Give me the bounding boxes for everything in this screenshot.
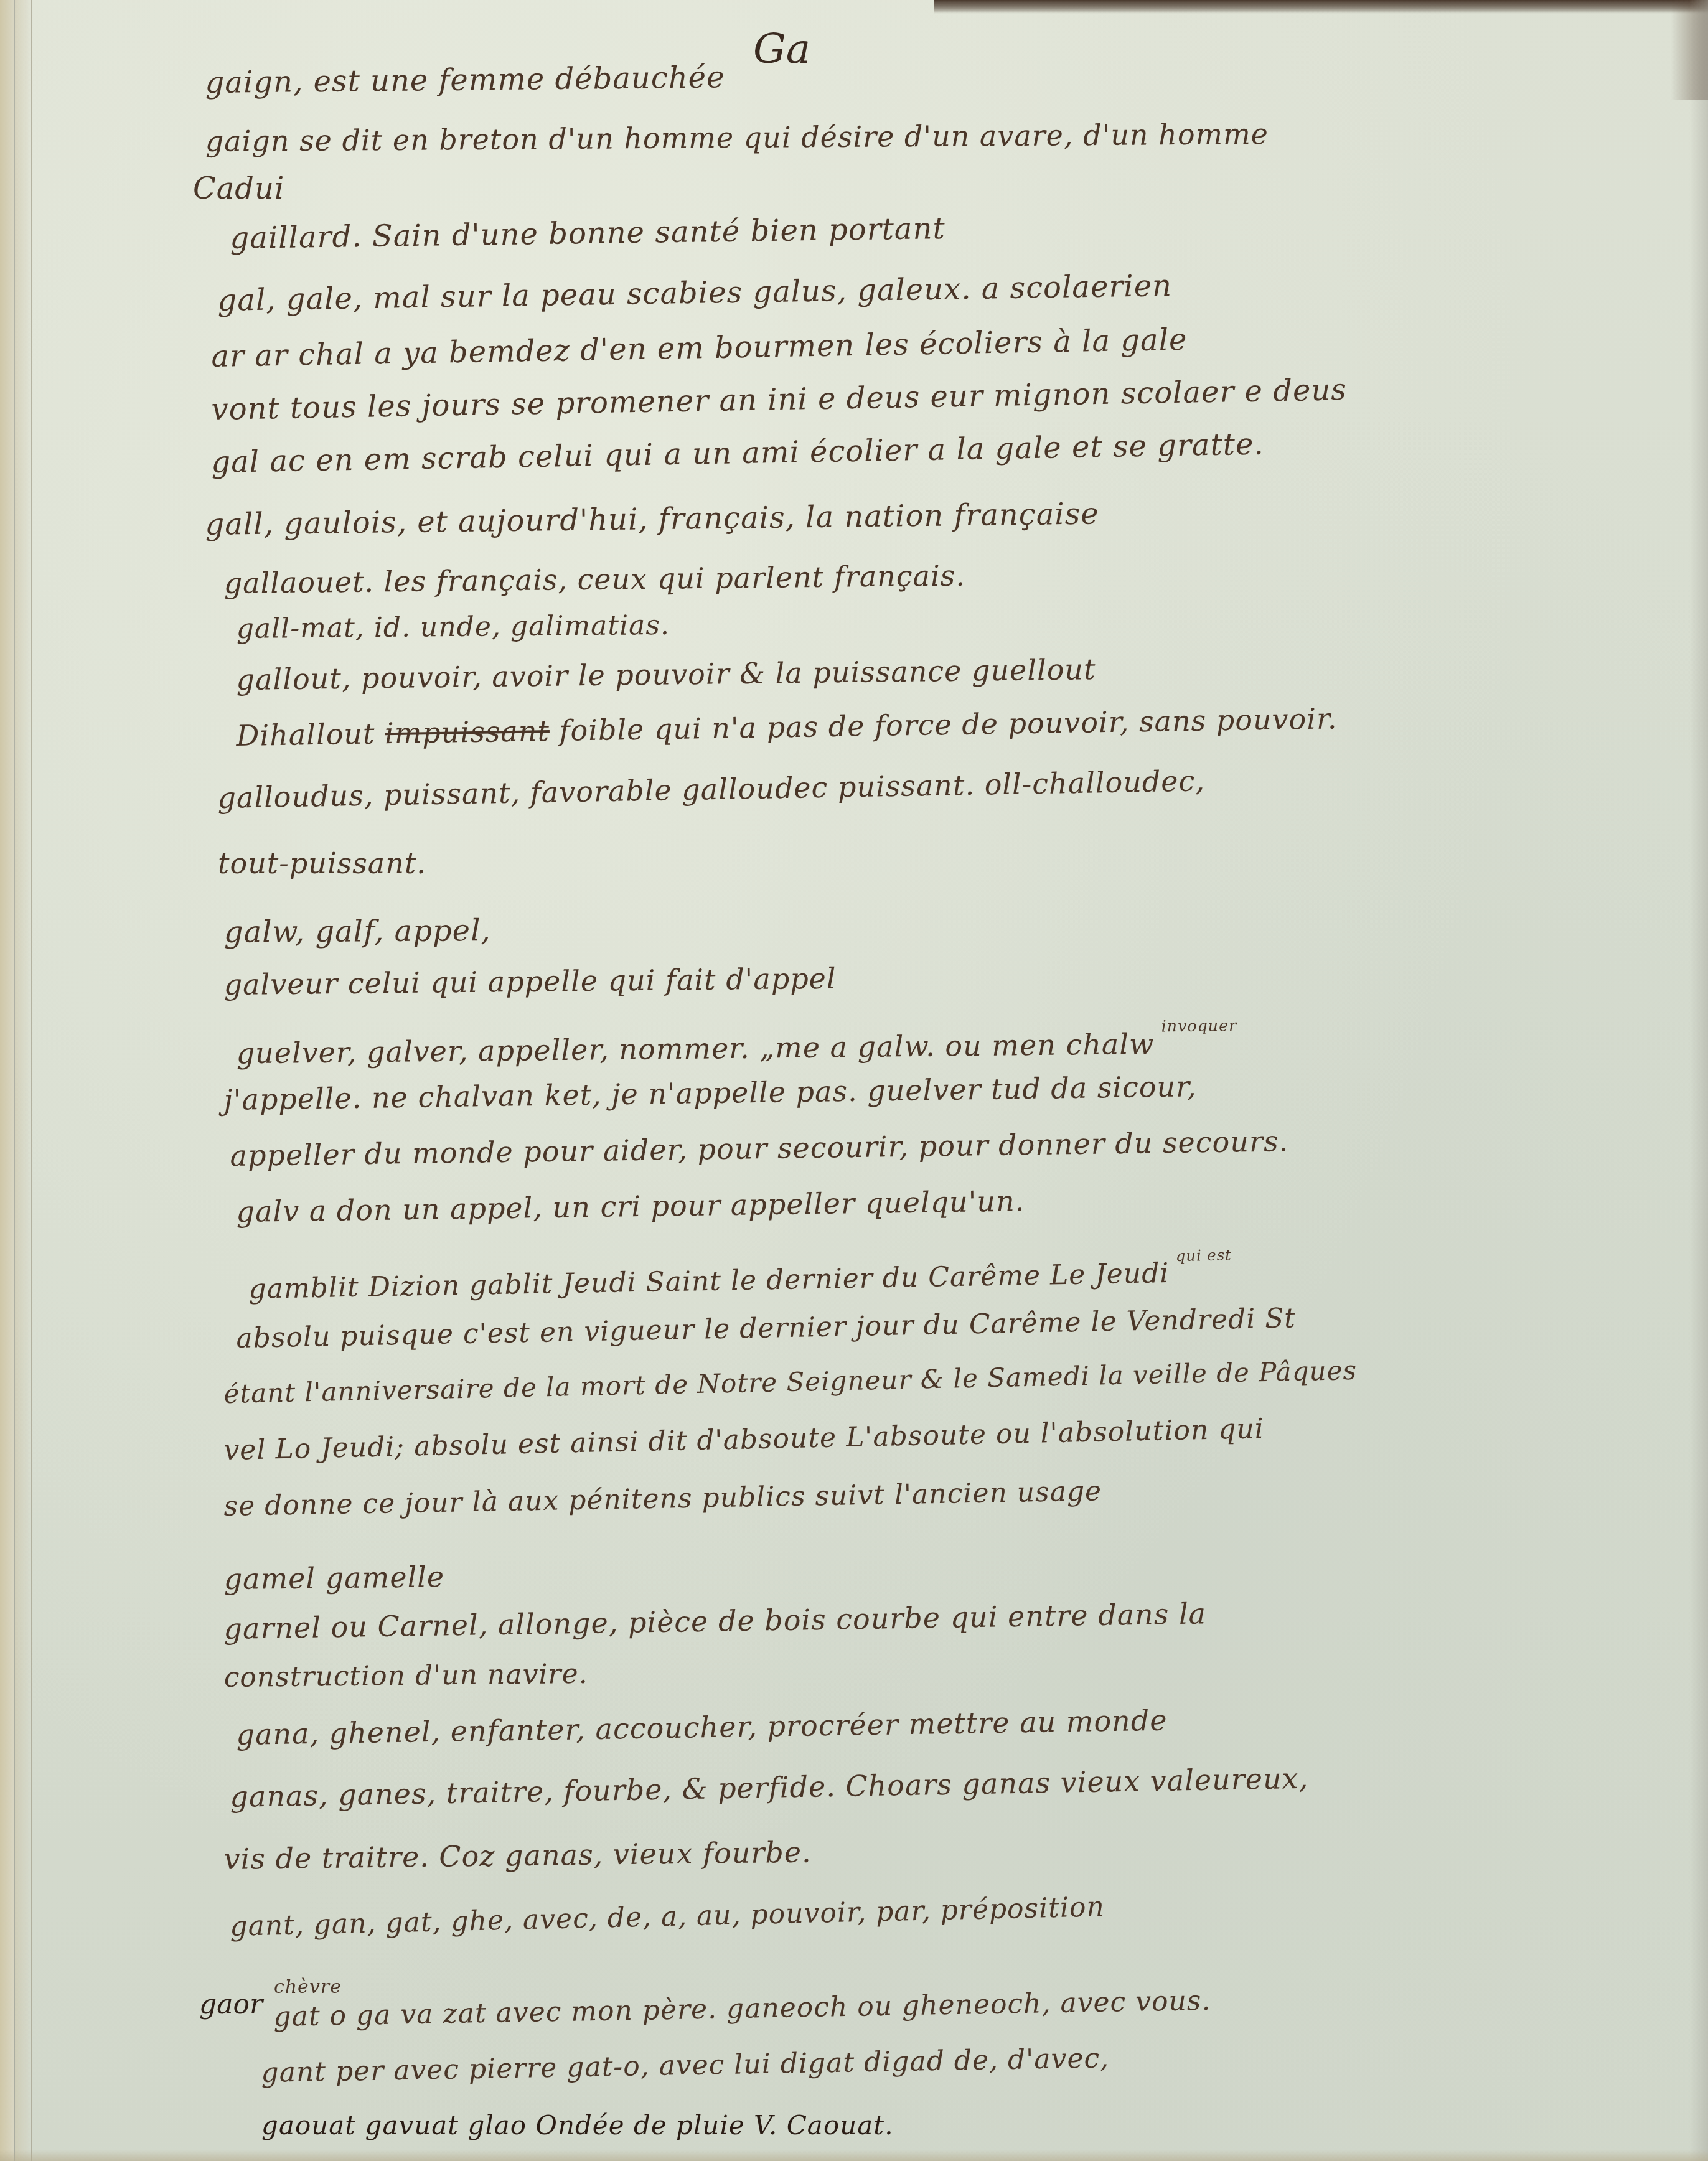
entry-line: vis de traitre. Coz ganas, vieux fourbe. — [223, 1835, 812, 1876]
entry-line: tout-puissant. — [218, 846, 426, 880]
entry-line: vont tous les jours se promener an ini e… — [211, 372, 1347, 427]
interlinear-text: chèvre — [274, 1976, 342, 1998]
entry-line: gamblit Dizion gablit Jeudi Saint le der… — [248, 1246, 1235, 1305]
entry-line: galloudus, puissant, favorable galloudec… — [217, 764, 1205, 815]
section-header: Ga — [753, 25, 810, 73]
entry-text: gaillard. Sain d'une bonne santé bien po… — [230, 211, 945, 256]
entry-line: se donne ce jour là aux pénitens publics… — [223, 1475, 1102, 1522]
entry-text: garnel ou Carnel, allonge, pièce de bois… — [223, 1596, 1206, 1646]
entry-line: gaillard. Sain d'une bonne santé bien po… — [230, 211, 945, 256]
entry-line: absolu puisque c'est en vigueur le derni… — [236, 1302, 1296, 1354]
interlinear-note: qui est — [1176, 1246, 1232, 1265]
entry-text: gal, gale, mal sur la peau scabies galus… — [217, 268, 1172, 318]
entry-text: gamblit Dizion gablit Jeudi Saint le der… — [248, 1257, 1170, 1305]
entry-text: gat o ga va zat avec mon père. ganeoch o… — [273, 1985, 1211, 2033]
entry-text: vel Lo Jeudi; absolu est ainsi dit d'abs… — [223, 1413, 1264, 1466]
entry-text: construction d'un navire. — [223, 1658, 588, 1694]
entry-text: galw, galf, appel, — [224, 913, 491, 950]
entry-line: gaign se dit en breton d'un homme qui dé… — [205, 117, 1269, 158]
entry-line: galw, galf, appel, — [224, 913, 491, 950]
entry-line: gall-mat, id. unde, galimatias. — [237, 609, 670, 645]
entry-line: construction d'un navire. — [223, 1658, 588, 1694]
struck-word: impuissant — [385, 714, 550, 750]
entry-line: gaouat gavuat glao Ondée de pluie V. Cao… — [261, 2110, 894, 2140]
entry-line: gal, gale, mal sur la peau scabies galus… — [217, 268, 1172, 318]
entry-text: gall-mat, id. unde, galimatias. — [237, 609, 670, 645]
entry-line: gal ac en em scrab celui qui a un ami éc… — [211, 426, 1264, 480]
entry-text: guelver, galver, appeller, nommer. „me a… — [236, 1027, 1154, 1070]
entry-text: galloudus, puissant, favorable galloudec… — [217, 764, 1205, 815]
entry-text: ar ar chal a ya bemdez d'en em bourmen l… — [211, 322, 1188, 374]
entry-text: appeller du monde pour aider, pour secou… — [230, 1124, 1288, 1173]
entry-text: galv a don un appel, un cri pour appelle… — [236, 1184, 1025, 1229]
entry-text: vis de traitre. Coz ganas, vieux fourbe. — [223, 1835, 812, 1876]
entry-line: gant, gan, gat, ghe, avec, de, a, au, po… — [230, 1891, 1105, 1943]
bottom-edge-shadow — [0, 2150, 1708, 2161]
entry-line: galv a don un appel, un cri pour appelle… — [236, 1184, 1025, 1229]
entry-text: gall, gaulois, et aujourd'hui, français,… — [205, 496, 1099, 542]
entry-text: foible qui n'a pas de force de pouvoir, … — [549, 701, 1337, 748]
interlinear-note: invoquer — [1161, 1016, 1237, 1035]
entry-text: gallout, pouvoir, avoir le pouvoir & la … — [236, 652, 1096, 696]
entry-text: étant l'anniversaire de la mort de Notre… — [223, 1355, 1357, 1409]
entry-text: gallaouet. les français, ceux qui parlen… — [223, 559, 965, 600]
entry-text: se donne ce jour là aux pénitens publics… — [223, 1475, 1102, 1522]
entry-line: vel Lo Jeudi; absolu est ainsi dit d'abs… — [223, 1413, 1264, 1466]
entry-line: gamel gamelle — [223, 1560, 444, 1596]
entry-text: Cadui — [193, 171, 284, 206]
entry-line: gana, ghenel, enfanter, accoucher, procr… — [236, 1704, 1168, 1751]
entry-line: j'appelle. ne chalvan ket, je n'appelle … — [223, 1069, 1197, 1117]
entry-text: gaouat gavuat glao Ondée de pluie V. Cao… — [261, 2110, 894, 2140]
entry-text: gamel gamelle — [223, 1560, 444, 1596]
entry-line: Cadui — [193, 171, 284, 206]
entry-text: tout-puissant. — [218, 846, 426, 880]
entry-line: appeller du monde pour aider, pour secou… — [230, 1124, 1288, 1173]
interlinear-note: chèvre — [274, 1976, 342, 1998]
entry-text: gaign, est une femme débauchée — [205, 60, 725, 100]
entry-line: gallout, pouvoir, avoir le pouvoir & la … — [236, 652, 1096, 696]
entry-text: absolu puisque c'est en vigueur le derni… — [236, 1302, 1296, 1354]
entry-text: gant per avec pierre gat-o, avec lui dig… — [261, 2042, 1109, 2089]
margin-note-gaor: gaor — [199, 1989, 263, 2020]
entry-line: gallaouet. les français, ceux qui parlen… — [223, 559, 965, 600]
entry-text: galveur celui qui appelle qui fait d'app… — [223, 962, 836, 1001]
entry-line: gat o ga va zat avec mon père. ganeoch o… — [273, 1985, 1211, 2033]
entry-line: ganas, ganes, traitre, fourbe, & perfide… — [230, 1761, 1309, 1814]
entry-line: gant per avec pierre gat-o, avec lui dig… — [261, 2042, 1109, 2089]
entry-line: ar ar chal a ya bemdez d'en em bourmen l… — [211, 322, 1188, 374]
entry-text: vont tous les jours se promener an ini e… — [211, 372, 1347, 427]
entry-text: gaign se dit en breton d'un homme qui dé… — [205, 117, 1269, 158]
entry-line: gaign, est une femme débauchée — [205, 60, 725, 100]
binding-strip — [0, 0, 14, 2161]
entry-text: Dihallout — [236, 716, 385, 752]
entry-line: galveur celui qui appelle qui fait d'app… — [223, 962, 836, 1001]
entry-text: gant, gan, gat, ghe, avec, de, a, au, po… — [230, 1891, 1105, 1943]
entry-text: gana, ghenel, enfanter, accoucher, procr… — [236, 1704, 1168, 1751]
entry-text: ganas, ganes, traitre, fourbe, & perfide… — [230, 1761, 1309, 1814]
top-edge-shadow — [934, 0, 1708, 14]
entry-line: guelver, galver, appeller, nommer. „me a… — [236, 1016, 1239, 1070]
manuscript-page: Ga gaign, est une femme débauchée gaign … — [0, 0, 1708, 2161]
entry-text: j'appelle. ne chalvan ket, je n'appelle … — [223, 1069, 1197, 1117]
right-edge-shadow — [1689, 0, 1708, 2161]
entry-text: gal ac en em scrab celui qui a un ami éc… — [211, 426, 1264, 480]
entry-line: étant l'anniversaire de la mort de Notre… — [223, 1355, 1357, 1409]
entry-line: Dihallout impuissant foible qui n'a pas … — [236, 701, 1338, 752]
page-fold — [14, 0, 32, 2161]
entry-line: gall, gaulois, et aujourd'hui, français,… — [205, 496, 1099, 542]
entry-line: garnel ou Carnel, allonge, pièce de bois… — [223, 1596, 1206, 1646]
